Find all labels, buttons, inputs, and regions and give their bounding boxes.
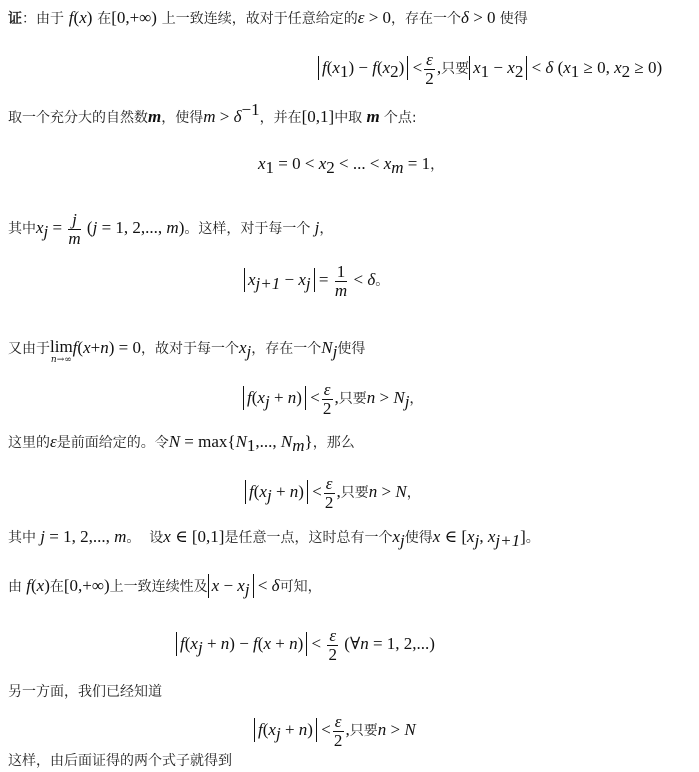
equation-limit-bound-N: f(xj + n) <ε2,只要n > N， — [245, 472, 421, 513]
proof-line-9: 这里的ε是前面给定的。令N = max{N1,..., Nm}，那么 — [8, 432, 355, 453]
proof-line-16: 这样，由后面证得的两个式子就得到 — [8, 750, 232, 771]
proof-line-12: 由 f(x)在[0,+∞)上一致连续性及x − xj < δ可知， — [8, 574, 322, 598]
proof-line-3: 取一个充分大的自然数m，使得m > δ−1，并在[0,1]中取 m 个点: — [8, 107, 417, 128]
proof-line-7: 又由于limn→∞f(x+n) = 0，故对于每一个xj，存在一个Nj使得 — [8, 338, 365, 364]
proof-label: 证 — [8, 11, 22, 27]
equation-known-bound: f(xj + n) <ε2,只要n > N — [254, 710, 416, 751]
proof-line-5: 其中xj = jm (j = 1, 2,..., m)。这样，对于每一个 j， — [8, 208, 333, 249]
proof-line-11: 其中 j = 1, 2,..., m。 设x ∈ [0,1]是任意一点，这时总有… — [8, 527, 540, 548]
equation-limit-bound-j: f(xj + n) <ε2,只要n > Nj， — [243, 378, 423, 419]
equation-continuity-diff: f(xj + n) − f(x + n) < ε2 (∀n = 1, 2,...… — [176, 624, 435, 664]
equation-uniform-continuity: f(x1) − f(x2) <ε2,只要x1 − x2 < δ (x1 ≥ 0,… — [318, 48, 662, 89]
proof-line-1: 证：由于 f(x) 在[0,+∞) 上一致连续，故对于任意给定的ε > 0，存在… — [8, 8, 528, 29]
equation-spacing: xj+1 − xj = 1m < δ。 — [244, 260, 389, 301]
equation-partition: x1 = 0 < x2 < ... < xm = 1， — [258, 154, 444, 175]
proof-line-14: 另一方面，我们已经知道 — [8, 681, 162, 702]
